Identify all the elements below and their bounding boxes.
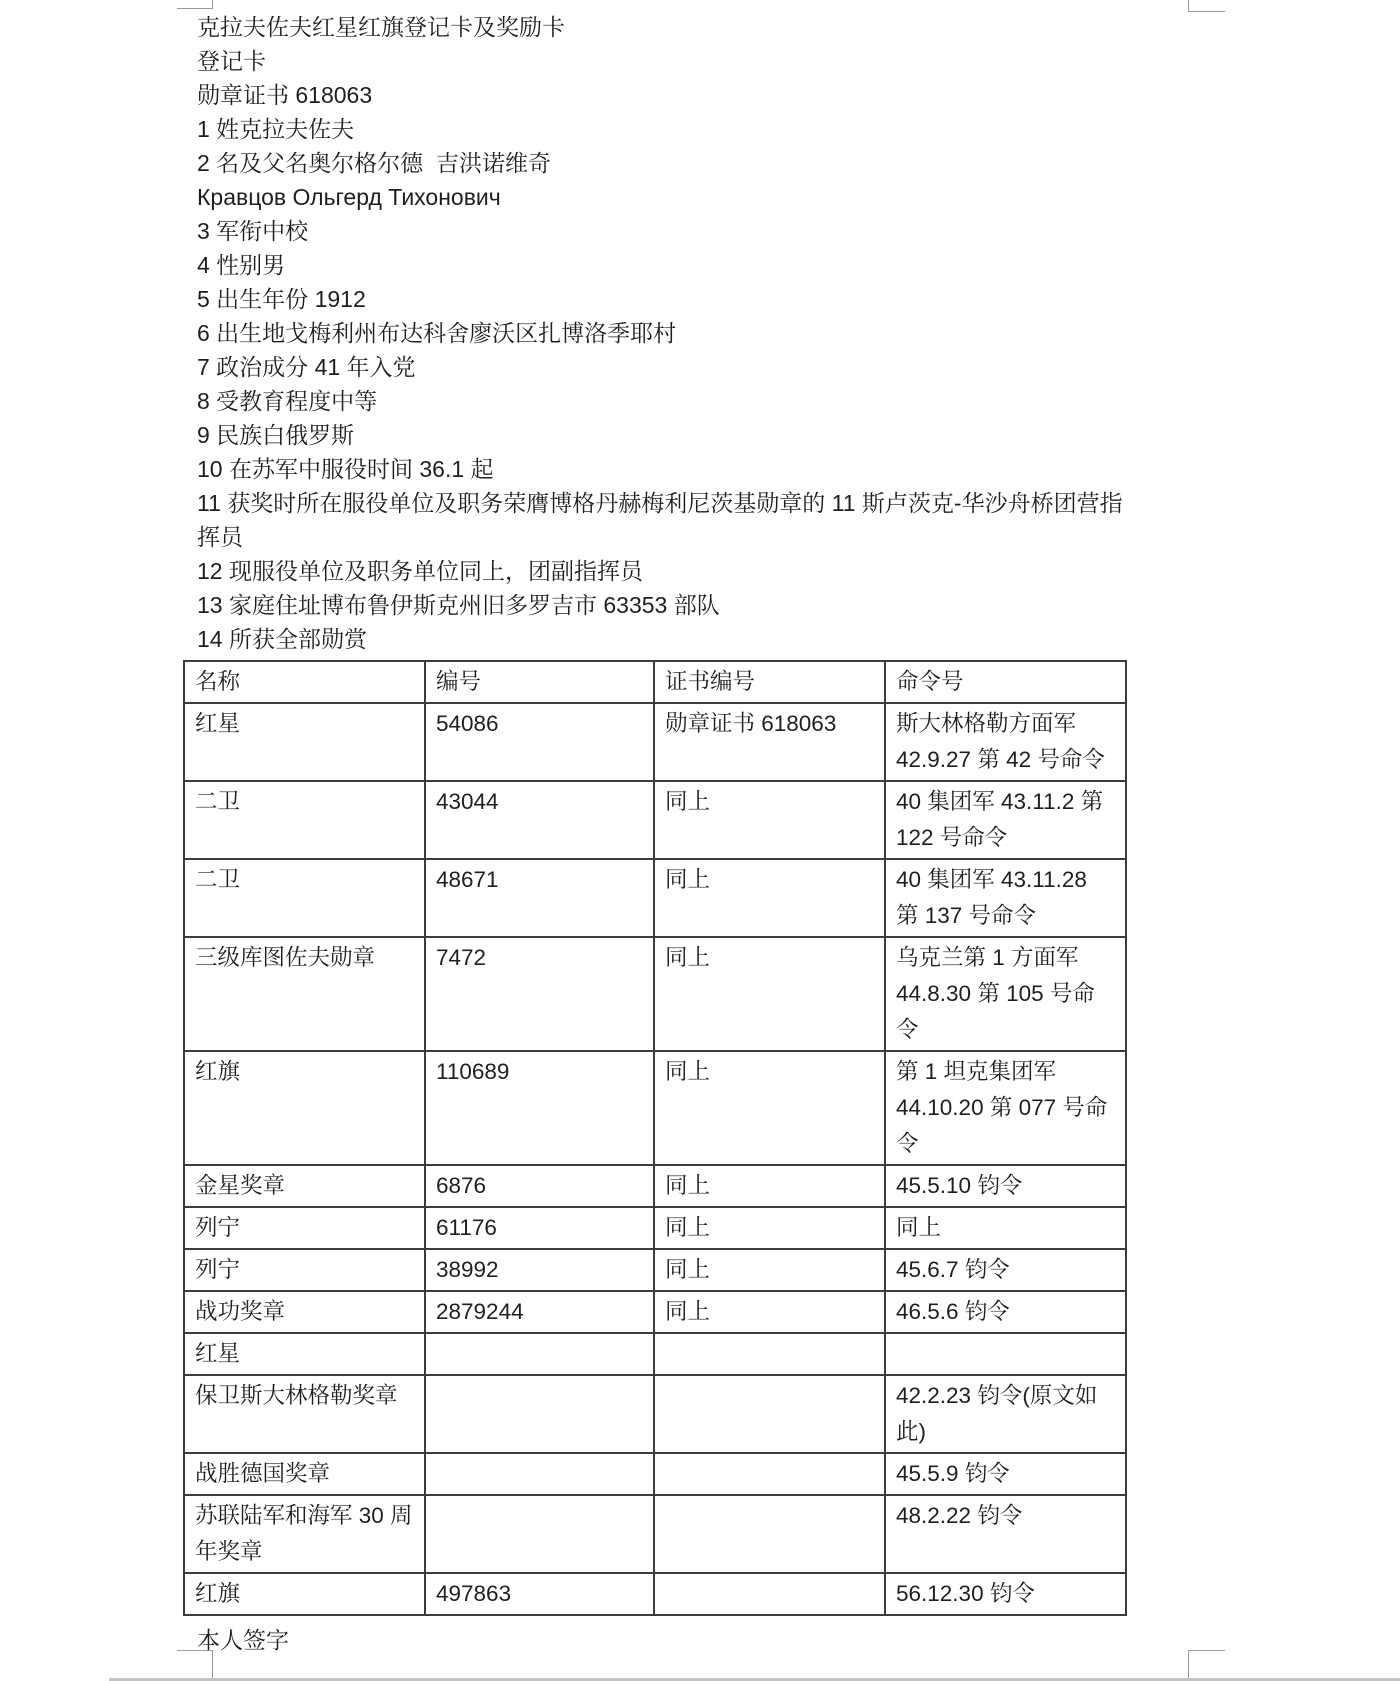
table-row: 红旗 497863 56.12.30 钧令 — [184, 1573, 1126, 1615]
cell-award-name: 二卫 — [184, 859, 425, 937]
table-header-row: 名称 编号 证书编号 命令号 — [184, 661, 1126, 703]
cell-award-name: 二卫 — [184, 781, 425, 859]
table-row: 二卫 43044 同上 40 集团军 43.11.2 第 122 号命令 — [184, 781, 1126, 859]
doc-field-awards-list-label: 14 所获全部勋赏 — [197, 622, 1130, 656]
crop-mark-top-right — [1188, 0, 1225, 12]
cell-award-number: 43044 — [425, 781, 654, 859]
table-row: 列宁 61176 同上 同上 — [184, 1207, 1126, 1249]
cell-award-name: 战胜德国奖章 — [184, 1453, 425, 1495]
signature-line: 本人签字 — [197, 1623, 1130, 1657]
cell-cert-number — [654, 1573, 885, 1615]
cell-award-name: 三级库图佐夫勋章 — [184, 937, 425, 1051]
doc-field-rank: 3 军衔中校 — [197, 214, 1130, 248]
table-row: 红旗 110689 同上 第 1 坦克集团军 44.10.20 第 077 号命… — [184, 1051, 1126, 1165]
cell-award-number: 48671 — [425, 859, 654, 937]
awards-table: 名称 编号 证书编号 命令号 红星 54086 勋章证书 618063 斯大林格… — [183, 660, 1127, 1616]
table-row: 战功奖章 2879244 同上 46.5.6 钧令 — [184, 1291, 1126, 1333]
cell-cert-number: 同上 — [654, 1207, 885, 1249]
doc-field-service-since: 10 在苏军中服役时间 36.1 起 — [197, 452, 1130, 486]
table-row: 战胜德国奖章 45.5.9 钧令 — [184, 1453, 1126, 1495]
cell-award-number: 61176 — [425, 1207, 654, 1249]
table-row: 苏联陆军和海军 30 周年奖章 48.2.22 钧令 — [184, 1495, 1126, 1573]
cell-order-number: 乌克兰第 1 方面军 44.8.30 第 105 号命令 — [885, 937, 1126, 1051]
doc-field-education: 8 受教育程度中等 — [197, 384, 1130, 418]
cell-award-number: 110689 — [425, 1051, 654, 1165]
cell-order-number: 45.5.10 钧令 — [885, 1165, 1126, 1207]
cell-cert-number: 同上 — [654, 937, 885, 1051]
doc-field-unit-at-award: 11 获奖时所在服役单位及职务荣膺博格丹赫梅利尼茨基勋章的 11 斯卢茨克-华沙… — [197, 486, 1130, 554]
cell-cert-number: 同上 — [654, 1291, 885, 1333]
table-row: 红星 — [184, 1333, 1126, 1375]
cell-cert-number: 同上 — [654, 781, 885, 859]
table-row: 金星奖章 6876 同上 45.5.10 钧令 — [184, 1165, 1126, 1207]
cell-award-number: 38992 — [425, 1249, 654, 1291]
col-header-cert-number: 证书编号 — [654, 661, 885, 703]
cell-order-number: 40 集团军 43.11.2 第 122 号命令 — [885, 781, 1126, 859]
cell-award-name: 苏联陆军和海军 30 周年奖章 — [184, 1495, 425, 1573]
cell-award-number — [425, 1333, 654, 1375]
cell-cert-number — [654, 1453, 885, 1495]
cell-award-number: 6876 — [425, 1165, 654, 1207]
cell-cert-number — [654, 1375, 885, 1453]
cell-award-number — [425, 1375, 654, 1453]
cell-order-number — [885, 1333, 1126, 1375]
cell-award-name: 保卫斯大林格勒奖章 — [184, 1375, 425, 1453]
doc-field-current-unit: 12 现服役单位及职务单位同上，团副指挥员 — [197, 554, 1130, 588]
doc-field-sex: 4 性别男 — [197, 248, 1130, 282]
doc-field-birth-place: 6 出生地戈梅利州布达科舍廖沃区扎博洛季耶村 — [197, 316, 1130, 350]
document-content: 克拉夫佐夫红星红旗登记卡及奖励卡 登记卡 勋章证书 618063 1 姓克拉夫佐… — [197, 10, 1130, 1657]
doc-field-surname: 1 姓克拉夫佐夫 — [197, 112, 1130, 146]
cell-cert-number: 勋章证书 618063 — [654, 703, 885, 781]
cell-award-name: 红旗 — [184, 1051, 425, 1165]
doc-certificate-line: 勋章证书 618063 — [197, 78, 1130, 112]
cell-award-name: 列宁 — [184, 1249, 425, 1291]
table-row: 三级库图佐夫勋章 7472 同上 乌克兰第 1 方面军 44.8.30 第 10… — [184, 937, 1126, 1051]
doc-field-birth-year: 5 出生年份 1912 — [197, 282, 1130, 316]
cell-order-number: 同上 — [885, 1207, 1126, 1249]
cell-award-name: 红星 — [184, 1333, 425, 1375]
doc-card-type-line: 登记卡 — [197, 44, 1130, 78]
doc-title-line: 克拉夫佐夫红星红旗登记卡及奖励卡 — [197, 10, 1130, 44]
cell-award-number — [425, 1453, 654, 1495]
cell-cert-number: 同上 — [654, 859, 885, 937]
cell-award-number: 7472 — [425, 937, 654, 1051]
table-row: 二卫 48671 同上 40 集团军 43.11.28 第 137 号命令 — [184, 859, 1126, 937]
cell-order-number: 46.5.6 钧令 — [885, 1291, 1126, 1333]
cell-award-number: 54086 — [425, 703, 654, 781]
cell-cert-number — [654, 1495, 885, 1573]
table-row: 红星 54086 勋章证书 618063 斯大林格勒方面军 42.9.27 第 … — [184, 703, 1126, 781]
cell-order-number: 48.2.22 钧令 — [885, 1495, 1126, 1573]
cell-award-number: 497863 — [425, 1573, 654, 1615]
doc-field-given-name: 2 名及父名奥尔格尔德 吉洪诺维奇 — [197, 146, 1130, 180]
doc-field-party: 7 政治成分 41 年入党 — [197, 350, 1130, 384]
cell-cert-number: 同上 — [654, 1165, 885, 1207]
col-header-order-number: 命令号 — [885, 661, 1126, 703]
cell-order-number: 56.12.30 钧令 — [885, 1573, 1126, 1615]
cell-award-name: 红旗 — [184, 1573, 425, 1615]
doc-name-cyrillic: Кравцов Ольгерд Тихонович — [197, 180, 1130, 214]
cell-order-number: 45.5.9 钧令 — [885, 1453, 1126, 1495]
doc-field-nationality: 9 民族白俄罗斯 — [197, 418, 1130, 452]
cell-order-number: 斯大林格勒方面军 42.9.27 第 42 号命令 — [885, 703, 1126, 781]
cell-award-name: 列宁 — [184, 1207, 425, 1249]
crop-mark-top-left — [177, 0, 213, 9]
cell-cert-number: 同上 — [654, 1051, 885, 1165]
doc-field-home-address: 13 家庭住址博布鲁伊斯克州旧多罗吉市 63353 部队 — [197, 588, 1130, 622]
col-header-number: 编号 — [425, 661, 654, 703]
crop-mark-bottom-right — [1188, 1650, 1225, 1681]
cell-order-number: 第 1 坦克集团军 44.10.20 第 077 号命令 — [885, 1051, 1126, 1165]
cell-cert-number: 同上 — [654, 1249, 885, 1291]
cell-award-name: 金星奖章 — [184, 1165, 425, 1207]
cell-cert-number — [654, 1333, 885, 1375]
cell-award-number — [425, 1495, 654, 1573]
cell-award-name: 战功奖章 — [184, 1291, 425, 1333]
cell-order-number: 40 集团军 43.11.28 第 137 号命令 — [885, 859, 1126, 937]
cell-award-name: 红星 — [184, 703, 425, 781]
table-row: 保卫斯大林格勒奖章 42.2.23 钧令(原文如此) — [184, 1375, 1126, 1453]
cell-award-number: 2879244 — [425, 1291, 654, 1333]
cell-order-number: 42.2.23 钧令(原文如此) — [885, 1375, 1126, 1453]
col-header-name: 名称 — [184, 661, 425, 703]
table-row: 列宁 38992 同上 45.6.7 钧令 — [184, 1249, 1126, 1291]
cell-order-number: 45.6.7 钧令 — [885, 1249, 1126, 1291]
